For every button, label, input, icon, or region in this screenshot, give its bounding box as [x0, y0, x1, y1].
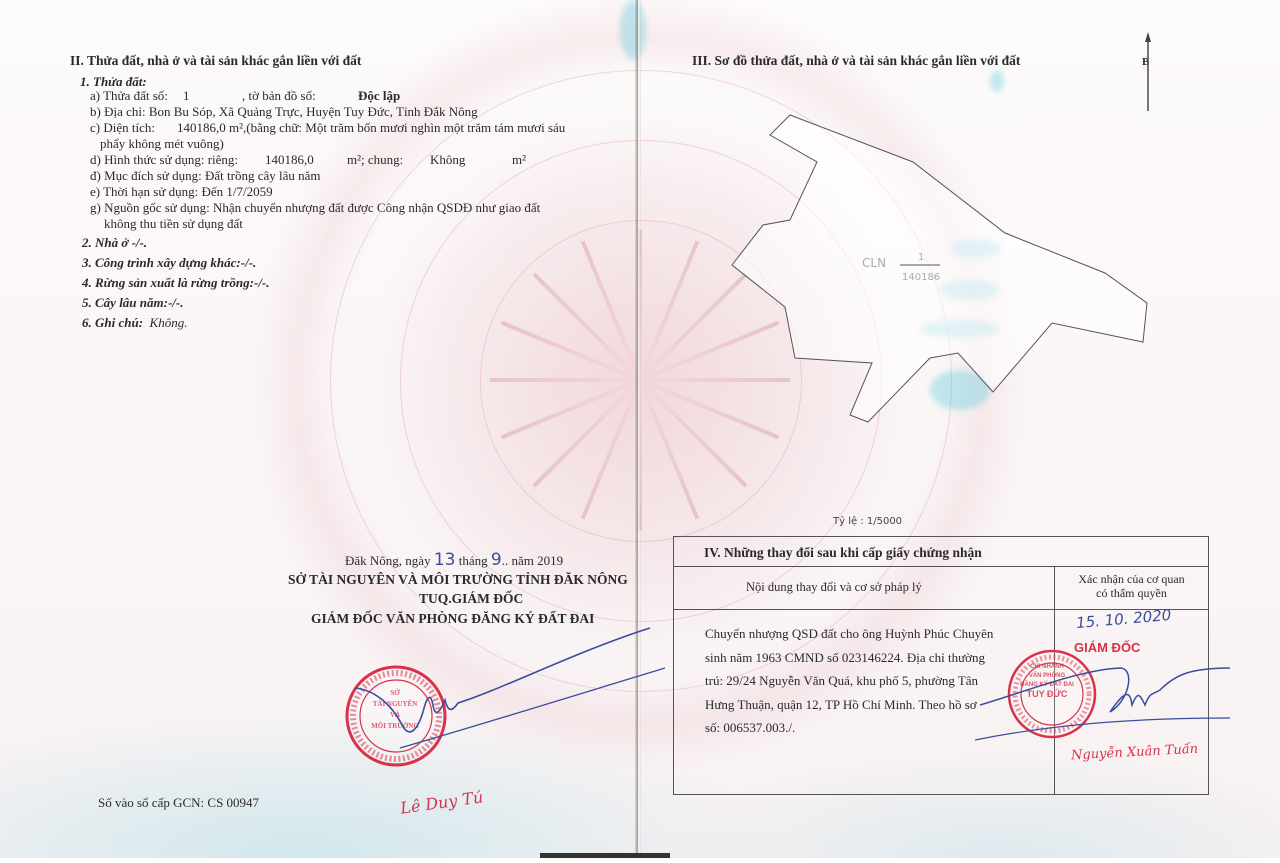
usage-origin: g) Nguồn gốc sử dụng: Nhận chuyển nhượng…	[90, 200, 540, 215]
booklet-fold	[635, 0, 641, 858]
map-scale: Tỷ lệ : 1/5000	[833, 514, 902, 529]
area-value-cont: phẩy không mét vuông)	[100, 136, 224, 151]
parcel-label-number: 1	[918, 250, 924, 265]
section-iii-title: III. Sơ đồ thửa đất, nhà ở và tài sản kh…	[692, 53, 1020, 68]
confirm-signer-name: Nguyễn Xuân Tuấn	[1071, 742, 1199, 764]
col-content-header: Nội dung thay đổi và cơ sở pháp lý	[746, 580, 922, 595]
issuing-authority-tuq: TUQ.GIÁM ĐỐC	[419, 591, 523, 606]
ink-spot	[920, 320, 1000, 338]
ink-spot	[990, 70, 1004, 92]
change-content: Chuyển nhượng QSD đất cho ông Huỳnh Phúc…	[705, 622, 1050, 740]
usage-purpose: đ) Mục đích sử dụng: Đất trồng cây lâu n…	[90, 168, 321, 183]
area-label: c) Diện tích:	[90, 120, 155, 135]
rosette-ray	[640, 378, 790, 382]
ink-spot	[950, 240, 1000, 258]
ink-spot	[930, 370, 990, 410]
usage-private-area: 140186,0	[265, 152, 314, 167]
parcel-number: 1	[183, 88, 190, 103]
issue-place-date: Đăk Nông, ngày 13 tháng 9.. năm 2019	[345, 553, 563, 568]
table-divider	[674, 566, 1208, 567]
map-sheet-value: Độc lập	[358, 88, 400, 103]
confirm-title: GIÁM ĐỐC	[1074, 640, 1140, 655]
usage-shared-label: m²; chung:	[347, 152, 403, 167]
issuing-office: GIÁM ĐỐC VĂN PHÒNG ĐĂNG KÝ ĐẤT ĐAI	[311, 611, 594, 626]
house-item: 2. Nhà ở -/-.	[82, 235, 147, 250]
notes-label: 6. Ghi chú:	[82, 315, 143, 330]
section-ii-title: II. Thửa đất, nhà ở và tài sản khác gắn …	[70, 53, 361, 68]
usage-form-label: d) Hình thức sử dụng: riêng:	[90, 152, 238, 167]
gcn-register-number: Số vào sổ cấp GCN: CS 00947	[98, 795, 259, 810]
official-seal-text: SỞ TÀI NGUYÊN VÀ MÔI TRƯỜNG	[370, 688, 420, 732]
land-parcel-heading: 1. Thửa đất:	[80, 74, 147, 89]
rosette-ray	[490, 378, 640, 382]
parcel-label-area: 140186	[902, 270, 940, 285]
parcel-land-type: CLN	[862, 256, 886, 271]
issue-month: 9	[491, 550, 502, 570]
branch-seal-text: CHI NHÁNH VĂN PHÒNG ĐĂNG KÝ ĐẤT ĐAI TUY …	[1014, 663, 1080, 699]
usage-term: e) Thời hạn sử dụng: Đến 1/7/2059	[90, 184, 273, 199]
scan-shadow	[540, 853, 670, 858]
address-line: b) Địa chỉ: Bon Bu Sóp, Xã Quảng Trực, H…	[90, 104, 478, 119]
planted-forest-item: 4. Rừng sản xuất là rừng trồng:-/-.	[82, 275, 270, 290]
usage-shared-value: Không	[430, 152, 465, 167]
ink-spot	[940, 280, 1000, 300]
north-label: B	[1142, 55, 1149, 70]
changes-table: IV. Những thay đổi sau khi cấp giấy chứn…	[673, 536, 1209, 795]
changes-table-title: IV. Những thay đổi sau khi cấp giấy chứn…	[704, 545, 982, 560]
confirm-date: 15. 10. 2020	[1076, 608, 1172, 631]
parcel-number-label: a) Thửa đất số:	[90, 88, 168, 103]
usage-origin-cont: không thu tiền sử dụng đất	[104, 216, 243, 231]
col-confirm-header: Xác nhận của cơ quan có thẩm quyền	[1055, 572, 1208, 600]
perennial-trees-item: 5. Cây lâu năm:-/-.	[82, 295, 183, 310]
scan-border	[0, 858, 1280, 863]
other-construction-item: 3. Công trình xây dựng khác:-/-.	[82, 255, 256, 270]
issuing-org: SỞ TÀI NGUYÊN VÀ MÔI TRƯỜNG TỈNH ĐĂK NÔN…	[288, 572, 628, 587]
usage-shared-unit: m²	[512, 152, 526, 167]
notes-value: Không.	[150, 315, 188, 330]
ink-spot	[620, 0, 646, 60]
issue-day: 13	[434, 550, 456, 570]
map-sheet-label: , tờ bản đồ số:	[242, 88, 316, 103]
area-value: 140186,0 m²,(bằng chữ: Một trăm bốn mươi…	[177, 120, 565, 135]
